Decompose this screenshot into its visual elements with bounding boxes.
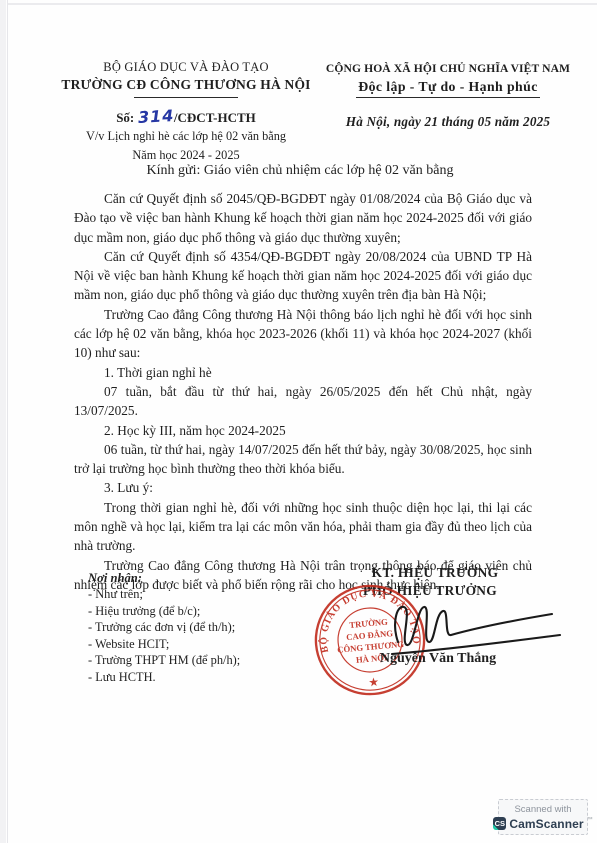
- issuing-agency-block: BỘ GIÁO DỤC VÀ ĐÀO TẠO TRƯỜNG CĐ CÔNG TH…: [44, 60, 328, 163]
- handwritten-signature: [388, 597, 566, 659]
- scan-edge-artifact: [8, 3, 597, 5]
- body-paragraph: Căn cứ Quyết định số 4354/QĐ-BGDĐT ngày …: [74, 247, 532, 305]
- place-and-date: Hà Nội, ngày 21 tháng 05 năm 2025: [310, 114, 586, 130]
- school-name: TRƯỜNG CĐ CÔNG THƯƠNG HÀ NỘI: [44, 77, 328, 93]
- body-paragraph: Trong thời gian nghỉ hè, đối với những h…: [74, 498, 532, 556]
- recipient-item: - Trưởng các đơn vị (để th/h);: [88, 619, 288, 636]
- recipients-title: Nơi nhận:: [88, 571, 288, 586]
- camscanner-scanned-with-label: Scanned with: [514, 804, 571, 815]
- document-body: Căn cứ Quyết định số 2045/QĐ-BGDĐT ngày …: [74, 189, 532, 594]
- body-paragraph: Trường Cao đẳng Công thương Hà Nội thông…: [74, 305, 532, 363]
- ministry-name: BỘ GIÁO DỤC VÀ ĐÀO TẠO: [44, 60, 328, 75]
- national-title: CỘNG HOÀ XÃ HỘI CHỦ NGHĨA VIỆT NAM: [310, 62, 586, 75]
- camscanner-tm-mark: ™: [587, 817, 593, 823]
- body-paragraph: Căn cứ Quyết định số 2045/QĐ-BGDĐT ngày …: [74, 189, 532, 247]
- scan-edge-artifact: [7, 0, 8, 843]
- national-header-block: CỘNG HOÀ XÃ HỘI CHỦ NGHĨA VIỆT NAM Độc l…: [310, 62, 586, 130]
- recipient-item: - Trường THPT HM (để ph/h);: [88, 652, 288, 669]
- body-section-heading: 1. Thời gian nghỉ hè: [74, 363, 532, 382]
- recipient-item: - Website HCIT;: [88, 636, 288, 653]
- header-divider: [134, 97, 238, 98]
- recipient-item: - Hiệu trưởng (để b/c);: [88, 603, 288, 620]
- salutation: Kính gửi: Giáo viên chủ nhiệm các lớp hệ…: [70, 163, 530, 179]
- recipients-block: Nơi nhận: - Như trên; - Hiệu trưởng (để …: [88, 571, 288, 686]
- document-subject-line1: V/v Lịch nghỉ hè các lớp hệ 02 văn bằng: [44, 129, 328, 145]
- document-number-handwritten: 314: [137, 106, 174, 127]
- body-section-heading: 3. Lưu ý:: [74, 478, 532, 497]
- camscanner-brand-name: CamScanner: [509, 817, 583, 831]
- signer-title-line1: KT. HIỆU TRƯỞNG: [340, 565, 530, 581]
- body-section-heading: 2. Học kỳ III, năm học 2024-2025: [74, 421, 532, 440]
- body-paragraph: 07 tuần, bắt đầu từ thứ hai, ngày 26/05/…: [74, 382, 532, 421]
- document-number: Số: 314/CĐCT-HCTH: [44, 107, 328, 126]
- recipient-item: - Như trên;: [88, 586, 288, 603]
- camscanner-watermark: Scanned with CS CamScanner ™: [498, 799, 588, 835]
- document-subject-line2: Năm học 2024 - 2025: [44, 148, 328, 164]
- camscanner-logo-icon: CS: [493, 817, 506, 830]
- document-number-label: Số:: [116, 110, 134, 125]
- scanned-document-page: BỘ GIÁO DỤC VÀ ĐÀO TẠO TRƯỜNG CĐ CÔNG TH…: [0, 0, 597, 843]
- document-number-suffix: /CĐCT-HCTH: [174, 110, 256, 125]
- signer-name: Nguyễn Văn Thắng: [348, 651, 528, 667]
- national-motto: Độc lập - Tự do - Hạnh phúc: [356, 79, 539, 98]
- stamp-star-icon: ★: [368, 675, 380, 690]
- recipient-item: - Lưu HCTH.: [88, 669, 288, 686]
- scan-edge-artifact: [0, 0, 6, 843]
- body-paragraph: 06 tuần, từ thứ hai, ngày 14/07/2025 đến…: [74, 440, 532, 479]
